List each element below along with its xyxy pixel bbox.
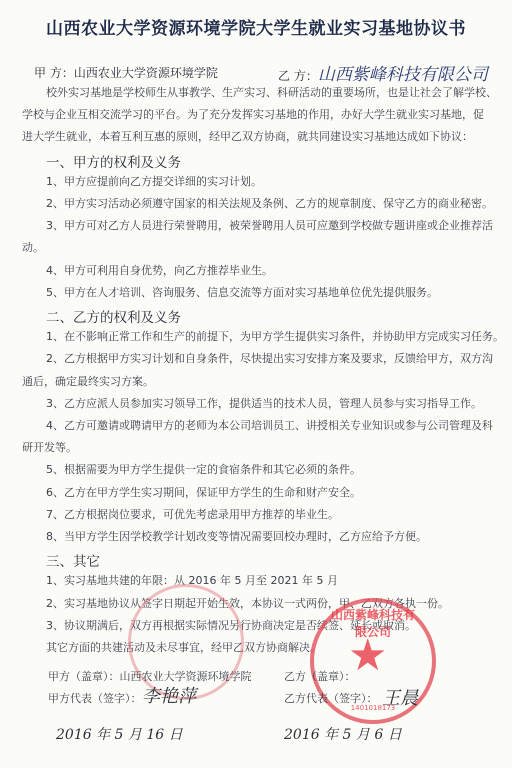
party-a-date: 2016 年 5 月 16 日 [56,724,183,744]
clause-line: 8、当甲方学生因学校教学计划改变等情况需要回校办理时，乙方应给予方便。 [46,530,427,544]
party-b-rep-label: 乙方代表（签字）： [284,690,378,706]
party-b-name-handwritten: 山西紫峰科技有限公司 [318,65,488,85]
party-a-label: 甲 方： [34,66,74,80]
clause-line: 通后，确定最终实习方案。 [22,375,154,389]
section-heading: 一、甲方的权利及义务 [46,151,181,171]
clause-line: 1、甲方应提前向乙方提交详细的实习计划。 [46,175,262,189]
party-b-signature: 王晨 [382,684,418,710]
clause-line: 研开发等。 [22,441,77,455]
intro-line: 进大学生就业，本着互利互惠的原则，经甲乙双方协商，就共同建设实习基地达成如下协议… [22,130,473,144]
party-b-date: 2016 年 5 月 6 日 [284,724,402,744]
clause-line: 4、乙方可邀请或聘请甲方的老师为本公司培训员工、讲授相关专业知识或参与公司管理及… [46,419,493,433]
clause-line: 7、乙方根据岗位要求，可优先考虑录用甲方推荐的毕业生。 [46,508,339,522]
party-a-rep-label: 甲方代表（签字）： [48,690,142,706]
clause-line: 5、根据需要为甲方学生提供一定的食宿条件和其它必须的条件。 [46,463,361,477]
clause-line: 4、甲方可利用自身优势，向乙方推荐毕业生。 [46,264,273,278]
clause-line: 3、乙方应派人员参加实习领导工作，提供适当的技术人员，管理人员参与实习指导工作。 [46,397,482,411]
clause-line: 动。 [22,241,44,255]
clause-line: 6、乙方在甲方学生实习期间，保证甲方学生的生命和财产安全。 [46,486,361,500]
party-b-label: 乙 方： [278,69,318,83]
clause-line: 2、乙方根据甲方实习计划和自身条件，尽快提出实习安排方案及要求，反馈给甲方，双方… [46,352,493,366]
document-title: 山西农业大学资源环境学院大学生就业实习基地协议书 [0,14,512,39]
section-heading: 二、乙方的权利及义务 [46,306,181,326]
party-b-seal-label: 乙方（盖章）： [284,668,356,684]
party-b: 乙 方：山西紫峰科技有限公司 [278,60,488,85]
intro-line: 学校与企业互相交流学习的平台。为了充分发挥实习基地的作用，办好大学生就业实习基地… [22,108,484,122]
agreement-page: 山西农业大学资源环境学院大学生就业实习基地协议书 甲 方：山西农业大学资源环境学… [0,0,512,768]
party-a-signature: 李艳萍 [142,682,196,708]
clause-line: 2、甲方实习活动必须遵守国家的相关法规及条例、乙方的规章制度、保守乙方的商业秘密… [46,197,493,211]
intro-line: 校外实习基地是学校师生从事教学、生产实习、科研活动的重要场所，也是让社会了解学校… [46,86,497,100]
clause-line: 1、在不影响正常工作和生产的前提下，为甲方学生提供实习条件，并协助甲方完成实习任… [46,330,504,344]
clause-line: 5、甲方在人才培训、咨询服务、信息交流等方面对实习基地单位优先提供服务。 [46,286,438,300]
clause-line: 3、甲方可对乙方人员进行荣誉聘用，被荣誉聘用人员可应邀到学校做专题讲座或企业推荐… [46,219,493,233]
party-a: 甲 方：山西农业大学资源环境学院 [34,64,218,81]
section-heading: 三、其它 [46,550,100,570]
party-a-name: 山西农业大学资源环境学院 [74,66,218,80]
